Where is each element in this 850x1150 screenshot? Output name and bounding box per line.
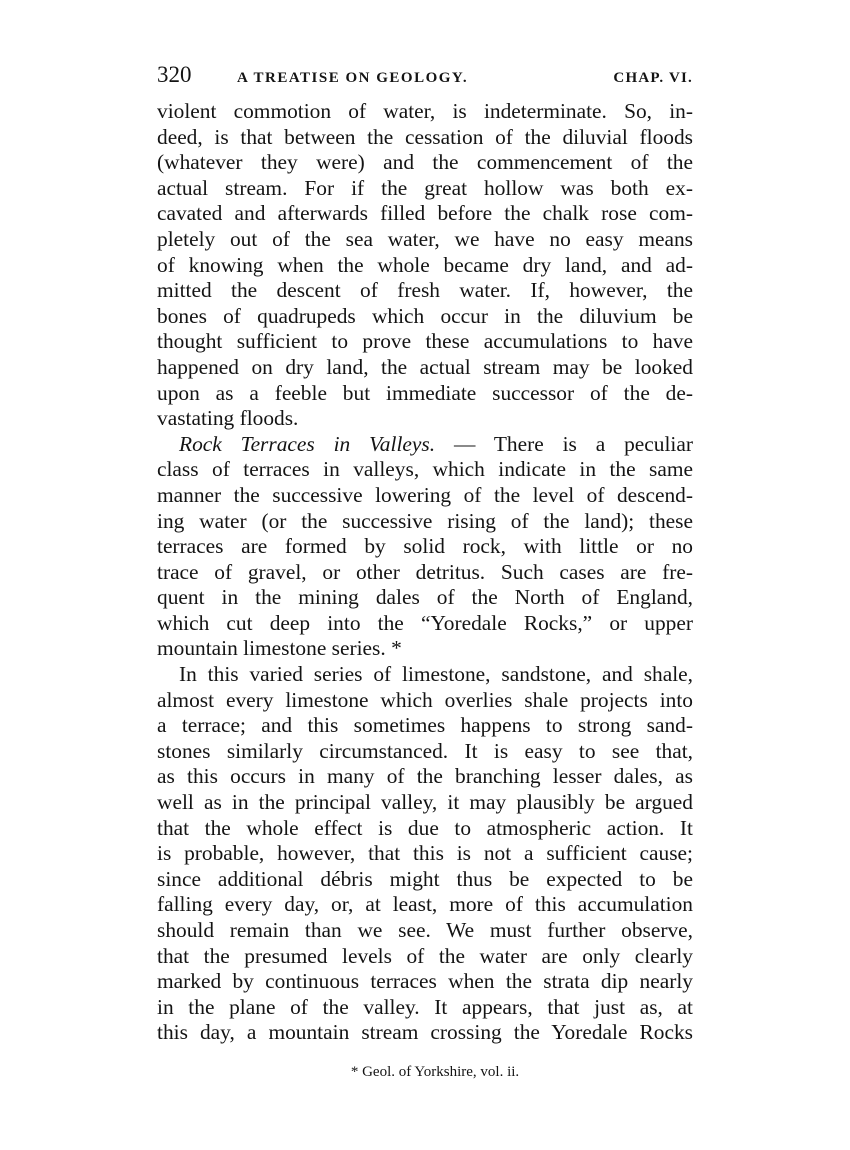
text-line: class of terraces in valleys, which indi… bbox=[157, 457, 693, 483]
section-first-line-text: — There is a peculiar bbox=[454, 432, 693, 456]
running-header: 320 A TREATISE ON GEOLOGY. CHAP. VI. bbox=[157, 60, 693, 90]
text-line: a terrace; and this sometimes happens to… bbox=[157, 713, 693, 739]
text-line: trace of gravel, or other detritus. Such… bbox=[157, 560, 693, 586]
text-line: (whatever they were) and the commencemen… bbox=[157, 150, 693, 176]
text-line: in the plane of the valley. It appears, … bbox=[157, 995, 693, 1021]
section-heading: Rock Terraces in Valleys. bbox=[179, 432, 435, 456]
text-line: stones similarly circumstanced. It is ea… bbox=[157, 739, 693, 765]
text-line: almost every limestone which overlies sh… bbox=[157, 688, 693, 714]
text-line: since additional débris might thus be ex… bbox=[157, 867, 693, 893]
text-line: vastating floods. bbox=[157, 406, 693, 432]
text-line: pletely out of the sea water, we have no… bbox=[157, 227, 693, 253]
paragraph-2: Rock Terraces in Valleys. — There is a p… bbox=[157, 432, 693, 662]
text-line: In this varied series of limestone, sand… bbox=[157, 662, 693, 688]
paragraph-3: In this varied series of limestone, sand… bbox=[157, 662, 693, 1046]
text-line: ing water (or the successive rising of t… bbox=[157, 509, 693, 535]
text-line: quent in the mining dales of the North o… bbox=[157, 585, 693, 611]
footnote: * Geol. of Yorkshire, vol. ii. bbox=[0, 1062, 850, 1082]
text-line: marked by continuous terraces when the s… bbox=[157, 969, 693, 995]
chapter-label: CHAP. VI. bbox=[613, 63, 693, 93]
text-line: thought sufficient to prove these accumu… bbox=[157, 329, 693, 355]
text-line: bones of quadrupeds which occur in the d… bbox=[157, 304, 693, 330]
text-line: happened on dry land, the actual stream … bbox=[157, 355, 693, 381]
text-line: that the presumed levels of the water ar… bbox=[157, 944, 693, 970]
text-line: upon as a feeble but immediate successor… bbox=[157, 381, 693, 407]
text-line: mountain limestone series. * bbox=[157, 636, 693, 662]
text-line: is probable, however, that this is not a… bbox=[157, 841, 693, 867]
page-number: 320 bbox=[157, 60, 192, 90]
text-line: this day, a mountain stream crossing the… bbox=[157, 1020, 693, 1046]
running-title: A TREATISE ON GEOLOGY. bbox=[237, 63, 468, 93]
text-line: cavated and afterwards filled before the… bbox=[157, 201, 693, 227]
text-line: as this occurs in many of the branching … bbox=[157, 764, 693, 790]
paragraph-1: violent commotion of water, is indetermi… bbox=[157, 99, 693, 432]
text-line: mitted the descent of fresh water. If, h… bbox=[157, 278, 693, 304]
footnote-text: * Geol. of Yorkshire, vol. ii. bbox=[351, 1062, 519, 1082]
text-line: which cut deep into the “Yoredale Rocks,… bbox=[157, 611, 693, 637]
section-first-line: Rock Terraces in Valleys. — There is a p… bbox=[157, 432, 693, 458]
text-line: well as in the principal valley, it may … bbox=[157, 790, 693, 816]
text-line: deed, is that between the cessation of t… bbox=[157, 125, 693, 151]
text-line: actual stream. For if the great hollow w… bbox=[157, 176, 693, 202]
text-line: manner the successive lowering of the le… bbox=[157, 483, 693, 509]
text-line: should remain than we see. We must furth… bbox=[157, 918, 693, 944]
text-line: falling every day, or, at least, more of… bbox=[157, 892, 693, 918]
text-line: of knowing when the whole became dry lan… bbox=[157, 253, 693, 279]
book-page: 320 A TREATISE ON GEOLOGY. CHAP. VI. vio… bbox=[0, 0, 850, 1150]
page-body: violent commotion of water, is indetermi… bbox=[157, 99, 693, 1046]
text-line: terraces are formed by solid rock, with … bbox=[157, 534, 693, 560]
text-line: violent commotion of water, is indetermi… bbox=[157, 99, 693, 125]
text-line: that the whole effect is due to atmosphe… bbox=[157, 816, 693, 842]
